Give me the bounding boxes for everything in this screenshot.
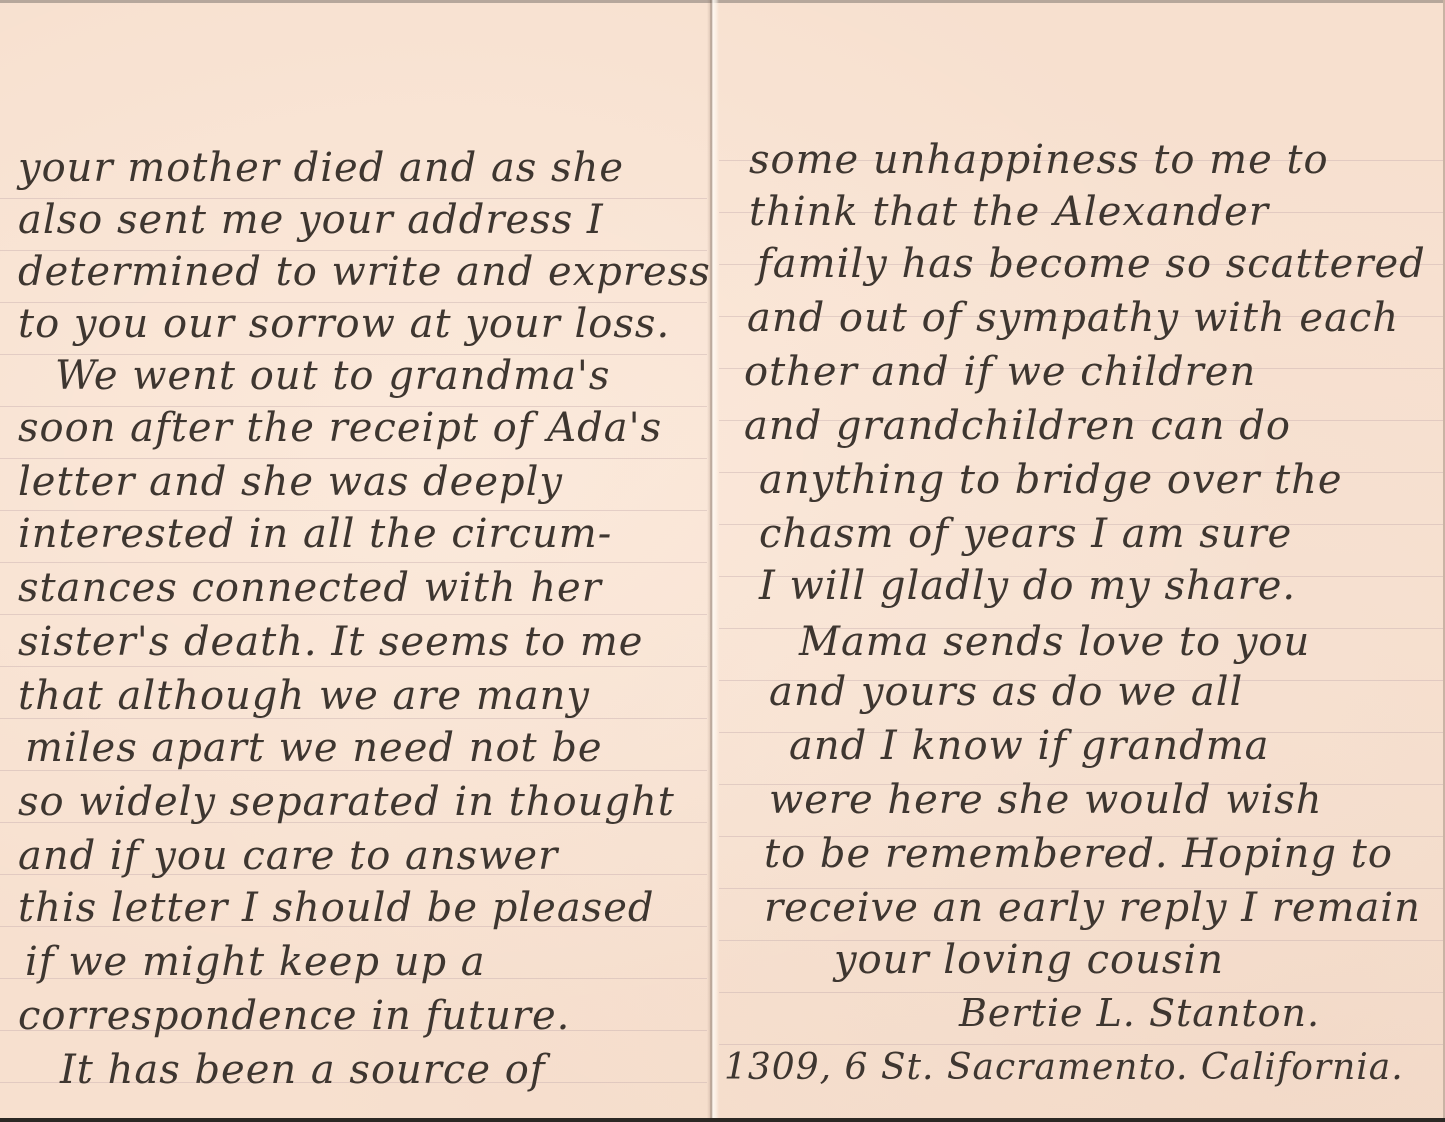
handwritten-line: that although we are many	[18, 676, 590, 716]
handwritten-line: letter and she was deeply	[18, 462, 563, 502]
handwritten-line: were here she would wish	[769, 780, 1323, 820]
sender-address: 1309, 6 St. Sacramento. California.	[724, 1050, 1404, 1086]
closing-line: your loving cousin	[834, 940, 1224, 980]
handwritten-line: anything to bridge over the	[759, 460, 1343, 500]
handwritten-line: stances connected with her	[18, 568, 602, 608]
handwritten-line: receive an early reply I remain	[764, 888, 1421, 928]
handwritten-line: miles apart we need not be	[25, 728, 603, 768]
handwritten-line: and I know if grandma	[789, 726, 1270, 766]
handwritten-line: I will gladly do my share.	[759, 566, 1296, 606]
handwritten-line: and yours as do we all	[769, 672, 1243, 712]
rule-line	[0, 614, 707, 615]
handwritten-line: also sent me your address I	[18, 200, 604, 240]
letter-scan: your mother died and as she also sent me…	[0, 0, 1445, 1122]
handwritten-line: family has become so scattered	[757, 244, 1426, 284]
rule-line	[719, 1044, 1445, 1045]
handwritten-line: We went out to grandma's	[55, 356, 610, 396]
handwritten-line: to be remembered. Hoping to	[764, 834, 1393, 874]
center-fold	[707, 0, 719, 1122]
handwritten-line: sister's death. It seems to me	[18, 622, 643, 662]
handwritten-line: to you our sorrow at your loss.	[18, 304, 670, 344]
handwritten-line: soon after the receipt of Ada's	[18, 408, 662, 448]
handwritten-line: other and if we children	[744, 352, 1256, 392]
handwritten-line: It has been a source of	[60, 1050, 546, 1090]
handwritten-line: correspondence in future.	[18, 996, 570, 1036]
handwritten-line: if we might keep up a	[25, 942, 486, 982]
handwritten-line: some unhappiness to me to	[749, 140, 1329, 180]
handwritten-line: this letter I should be pleased	[18, 888, 654, 928]
handwritten-line: and grandchildren can do	[744, 406, 1291, 446]
handwritten-line: think that the Alexander	[749, 192, 1269, 232]
scan-bottom-edge	[0, 1118, 1445, 1122]
handwritten-line: determined to write and express	[18, 252, 711, 292]
handwritten-line: interested in all the circum-	[18, 514, 612, 554]
handwritten-line: and if you care to answer	[18, 836, 558, 876]
handwritten-line: Mama sends love to you	[799, 622, 1310, 662]
handwritten-line: and out of sympathy with each	[747, 298, 1399, 338]
handwritten-line: so widely separated in thought	[18, 782, 675, 822]
rule-line	[0, 562, 707, 563]
handwritten-line: your mother died and as she	[18, 148, 624, 188]
right-page: some unhappiness to me to think that the…	[719, 0, 1445, 1122]
handwritten-line: chasm of years I am sure	[759, 514, 1292, 554]
left-page: your mother died and as she also sent me…	[0, 0, 707, 1122]
rule-line	[0, 666, 707, 667]
signature: Bertie L. Stanton.	[959, 994, 1320, 1032]
